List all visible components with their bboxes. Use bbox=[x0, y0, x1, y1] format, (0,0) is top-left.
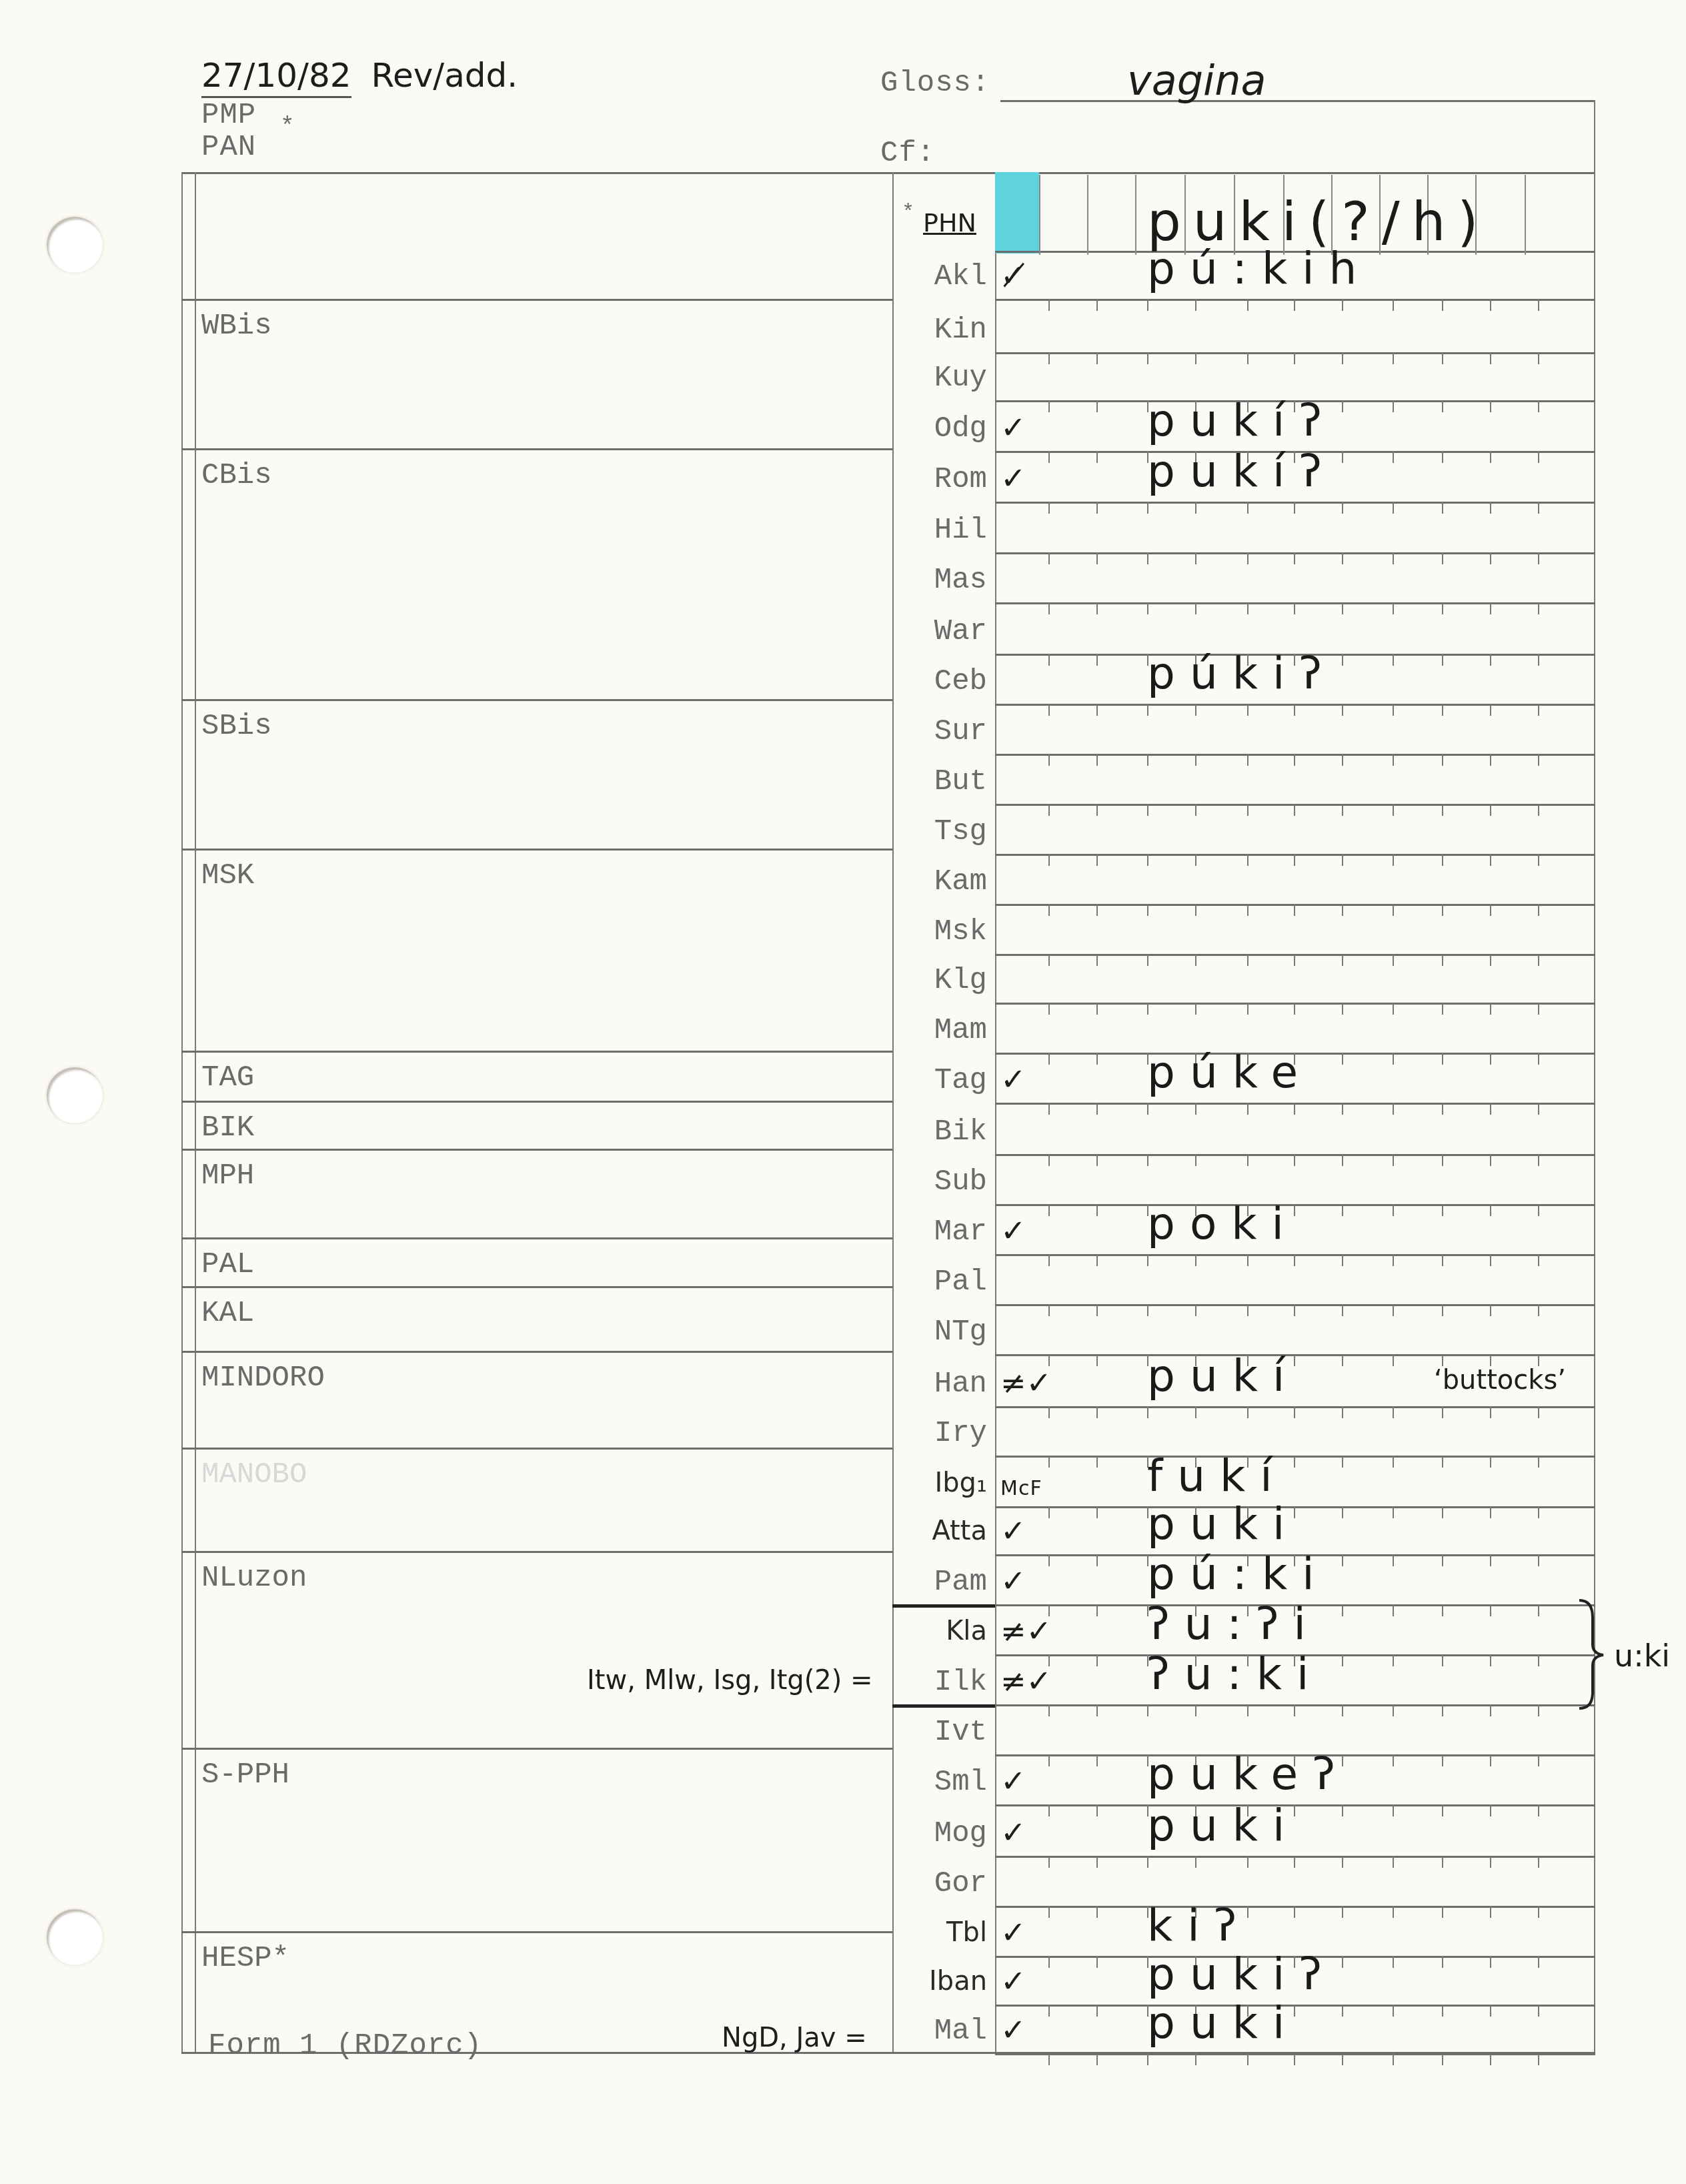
row-tick bbox=[1147, 954, 1148, 966]
row-tick bbox=[1342, 1103, 1343, 1115]
proto-asterisk: * bbox=[280, 113, 295, 141]
language-code: Bik bbox=[894, 1115, 987, 1149]
row-tick bbox=[1247, 2053, 1248, 2065]
subgroup-divider bbox=[181, 849, 892, 851]
row-tick bbox=[1442, 2053, 1443, 2065]
row-tick bbox=[1147, 904, 1148, 916]
row-tick bbox=[1490, 1456, 1491, 1468]
row-tick bbox=[1393, 2005, 1394, 2017]
row-tick bbox=[1195, 299, 1196, 311]
row-tick bbox=[1195, 904, 1196, 916]
row-tick bbox=[1195, 954, 1196, 966]
row-tick bbox=[1147, 552, 1148, 564]
row-tick bbox=[1442, 1506, 1443, 1518]
punch-hole-bottom bbox=[47, 1909, 103, 1965]
row-tick bbox=[1048, 299, 1050, 311]
row-tick bbox=[1294, 1003, 1295, 1015]
segment-cell-divider bbox=[1525, 175, 1526, 255]
status-mark: ✓ bbox=[1000, 410, 1026, 446]
row-tick bbox=[1096, 1704, 1098, 1716]
row-tick bbox=[1147, 1704, 1148, 1716]
reflex-form: pukeʔ bbox=[1147, 1748, 1350, 1800]
row-tick bbox=[1294, 2053, 1295, 2065]
subgroup-label: MINDORO bbox=[201, 1361, 325, 1395]
row-tick bbox=[1538, 1053, 1539, 1065]
row-tick bbox=[1490, 1506, 1491, 1518]
row-tick bbox=[1195, 502, 1196, 514]
proto-level-pmp: PMP bbox=[201, 99, 256, 132]
row-tick bbox=[1538, 1103, 1539, 1115]
row-tick bbox=[1538, 1304, 1539, 1316]
language-code: Tsg bbox=[894, 815, 987, 849]
language-code: Tag bbox=[894, 1064, 987, 1097]
row-tick bbox=[1393, 1406, 1394, 1418]
row-tick bbox=[1342, 502, 1343, 514]
row-tick bbox=[1096, 502, 1098, 514]
language-code: Mam bbox=[894, 1014, 987, 1047]
row-rule bbox=[995, 1254, 1595, 1256]
row-tick bbox=[1538, 1154, 1539, 1166]
language-code: Sub bbox=[894, 1165, 987, 1199]
language-code: Klg bbox=[894, 964, 987, 997]
row-tick bbox=[1247, 1704, 1248, 1716]
row-tick bbox=[1294, 754, 1295, 766]
row-tick bbox=[1294, 854, 1295, 866]
row-tick bbox=[1442, 1554, 1443, 1566]
row-tick bbox=[1294, 1304, 1295, 1316]
language-code: But bbox=[894, 765, 987, 798]
row-tick bbox=[1538, 1604, 1539, 1616]
row-tick bbox=[1442, 1956, 1443, 1968]
language-code: Akl bbox=[894, 260, 987, 294]
row-tick bbox=[1147, 602, 1148, 614]
row-tick bbox=[1342, 2005, 1343, 2017]
form-label: Form 1 (RDZorc) bbox=[208, 2029, 482, 2063]
subgroup-label: TAG bbox=[201, 1061, 254, 1095]
language-code: Ceb bbox=[894, 665, 987, 698]
row-tick bbox=[1538, 451, 1539, 463]
row-tick bbox=[1393, 954, 1394, 966]
row-tick bbox=[1490, 1254, 1491, 1266]
status-mark: ≠✓ bbox=[1000, 1663, 1052, 1699]
row-tick bbox=[1393, 854, 1394, 866]
row-tick bbox=[1393, 1154, 1394, 1166]
row-tick bbox=[1393, 1554, 1394, 1566]
subgroup-divider bbox=[181, 1448, 892, 1450]
row-tick bbox=[1048, 1204, 1050, 1216]
row-tick bbox=[1294, 602, 1295, 614]
row-tick bbox=[1393, 1906, 1394, 1918]
row-tick bbox=[1294, 1856, 1295, 1868]
row-tick bbox=[1538, 654, 1539, 666]
reflex-form: puki bbox=[1147, 1997, 1299, 2049]
status-mark: ✓ bbox=[1000, 1213, 1026, 1249]
row-tick bbox=[1342, 1053, 1343, 1065]
row-tick bbox=[1342, 754, 1343, 766]
row-tick bbox=[1393, 552, 1394, 564]
row-tick bbox=[1195, 854, 1196, 866]
row-tick bbox=[1490, 400, 1491, 412]
row-tick bbox=[1538, 1406, 1539, 1418]
table-top-border bbox=[181, 172, 1595, 174]
row-tick bbox=[1096, 804, 1098, 816]
subgroup-label: MPH bbox=[201, 1159, 254, 1193]
row-tick bbox=[1442, 1053, 1443, 1065]
row-tick bbox=[1195, 1103, 1196, 1115]
row-tick bbox=[1096, 954, 1098, 966]
row-tick bbox=[1342, 451, 1343, 463]
row-tick bbox=[1538, 1003, 1539, 1015]
row-rule bbox=[995, 1154, 1595, 1156]
row-tick bbox=[1342, 804, 1343, 816]
row-tick bbox=[1096, 1906, 1098, 1918]
row-tick bbox=[1393, 1053, 1394, 1065]
row-rule bbox=[995, 804, 1595, 806]
row-tick bbox=[1048, 2005, 1050, 2017]
language-code: Mal bbox=[894, 2015, 987, 2048]
row-tick bbox=[1048, 1154, 1050, 1166]
row-tick bbox=[1342, 654, 1343, 666]
row-tick bbox=[1048, 1456, 1050, 1468]
row-rule bbox=[995, 954, 1595, 956]
row-tick bbox=[1442, 400, 1443, 412]
row-tick bbox=[1048, 654, 1050, 666]
row-tick bbox=[1393, 1204, 1394, 1216]
language-code: Pam bbox=[894, 1566, 987, 1599]
row-tick bbox=[1096, 1003, 1098, 1015]
row-tick bbox=[1096, 1304, 1098, 1316]
row-tick bbox=[1147, 1103, 1148, 1115]
row-tick bbox=[1342, 1254, 1343, 1266]
reflex-form: ʔu:ʔi bbox=[1147, 1598, 1321, 1650]
row-tick bbox=[1294, 552, 1295, 564]
row-tick bbox=[1096, 1053, 1098, 1065]
row-tick bbox=[1294, 1103, 1295, 1115]
row-rule bbox=[995, 2053, 1595, 2055]
row-tick bbox=[1195, 1154, 1196, 1166]
row-tick bbox=[1147, 804, 1148, 816]
row-tick bbox=[1195, 1254, 1196, 1266]
status-mark: ✓ bbox=[1000, 460, 1026, 496]
language-code: Gor bbox=[894, 1867, 987, 1900]
row-tick bbox=[1048, 804, 1050, 816]
row-tick bbox=[1147, 1003, 1148, 1015]
row-tick bbox=[1096, 400, 1098, 412]
row-tick bbox=[1147, 2053, 1148, 2065]
row-tick bbox=[1195, 1406, 1196, 1418]
row-tick bbox=[1538, 754, 1539, 766]
row-tick bbox=[1294, 1704, 1295, 1716]
row-tick bbox=[1490, 451, 1491, 463]
row-tick bbox=[1342, 704, 1343, 716]
subgroup-label: KAL bbox=[201, 1297, 254, 1330]
row-tick bbox=[1538, 1906, 1539, 1918]
row-tick bbox=[1048, 400, 1050, 412]
row-tick bbox=[1247, 854, 1248, 866]
row-tick bbox=[1096, 854, 1098, 866]
row-tick bbox=[1096, 1456, 1098, 1468]
row-tick bbox=[1342, 1456, 1343, 1468]
language-code: Sml bbox=[894, 1766, 987, 1799]
row-tick bbox=[1048, 552, 1050, 564]
row-tick bbox=[1538, 1754, 1539, 1766]
row-tick bbox=[1442, 1406, 1443, 1418]
row-tick bbox=[1490, 2005, 1491, 2017]
language-code: Han bbox=[894, 1368, 987, 1401]
row-tick bbox=[1442, 654, 1443, 666]
row-tick bbox=[1096, 602, 1098, 614]
row-tick bbox=[1442, 602, 1443, 614]
subgroup-label: NLuzon bbox=[201, 1562, 307, 1595]
subgroup-divider bbox=[181, 1551, 892, 1553]
row-tick bbox=[1147, 754, 1148, 766]
language-code: Iry bbox=[894, 1417, 987, 1450]
row-tick bbox=[1342, 1003, 1343, 1015]
row-tick bbox=[1247, 804, 1248, 816]
row-tick bbox=[1096, 2053, 1098, 2065]
row-tick bbox=[1048, 1406, 1050, 1418]
language-code: Kam bbox=[894, 865, 987, 899]
row-tick bbox=[1247, 1406, 1248, 1418]
subgroup-divider bbox=[181, 299, 892, 301]
row-tick bbox=[1048, 451, 1050, 463]
row-tick bbox=[1096, 451, 1098, 463]
row-tick bbox=[1342, 1204, 1343, 1216]
row-tick bbox=[1538, 602, 1539, 614]
subgroup-label: BIK bbox=[201, 1111, 254, 1145]
row-tick bbox=[1442, 299, 1443, 311]
row-tick bbox=[1442, 854, 1443, 866]
row-rule bbox=[995, 904, 1595, 906]
row-tick bbox=[1147, 352, 1148, 364]
proto-level-pan: PAN bbox=[201, 131, 256, 164]
row-rule bbox=[995, 1003, 1595, 1005]
row-tick bbox=[1442, 1154, 1443, 1166]
row-tick bbox=[1294, 352, 1295, 364]
subgroup-divider bbox=[181, 1931, 892, 1933]
row-tick bbox=[1393, 1354, 1394, 1366]
row-tick bbox=[1490, 1906, 1491, 1918]
row-tick bbox=[1294, 1254, 1295, 1266]
language-code: Msk bbox=[894, 915, 987, 949]
language-code: Hil bbox=[894, 514, 987, 547]
row-tick bbox=[1490, 1554, 1491, 1566]
row-tick bbox=[1342, 299, 1343, 311]
reflex-form: ʔu:ki bbox=[1147, 1648, 1323, 1700]
reflex-form: poki bbox=[1147, 1198, 1299, 1249]
language-code: Ibg₁ bbox=[894, 1468, 987, 1498]
row-tick bbox=[1393, 1456, 1394, 1468]
row-tick bbox=[1490, 299, 1491, 311]
punch-hole-top bbox=[47, 217, 103, 273]
row-tick bbox=[1247, 1103, 1248, 1115]
row-rule bbox=[995, 352, 1595, 354]
row-tick bbox=[1342, 1804, 1343, 1816]
status-mark: ✓ bbox=[1000, 1563, 1026, 1599]
row-tick bbox=[1342, 854, 1343, 866]
row-tick bbox=[1442, 1456, 1443, 1468]
subgroup-divider bbox=[181, 1237, 892, 1239]
subgroup-divider bbox=[181, 1051, 892, 1053]
row-tick bbox=[1538, 552, 1539, 564]
row-tick bbox=[1342, 602, 1343, 614]
segment-cell-divider bbox=[1039, 175, 1040, 255]
row-tick bbox=[1393, 1103, 1394, 1115]
row-tick bbox=[1195, 1856, 1196, 1868]
row-tick bbox=[1342, 1154, 1343, 1166]
language-code: Ilk bbox=[894, 1666, 987, 1699]
row-tick bbox=[1342, 1704, 1343, 1716]
row-tick bbox=[1393, 1856, 1394, 1868]
mal-equivalents-note: NgD, Jav = bbox=[722, 2023, 867, 2053]
row-tick bbox=[1393, 352, 1394, 364]
row-tick bbox=[1195, 1304, 1196, 1316]
row-tick bbox=[1048, 854, 1050, 866]
language-code: Mas bbox=[894, 564, 987, 597]
row-tick bbox=[1247, 352, 1248, 364]
row-tick bbox=[1247, 1254, 1248, 1266]
row-tick bbox=[1393, 754, 1394, 766]
row-tick bbox=[1048, 954, 1050, 966]
row-tick bbox=[1342, 2053, 1343, 2065]
row-tick bbox=[1490, 552, 1491, 564]
cf-label: Cf: bbox=[880, 137, 935, 170]
row-tick bbox=[1490, 1053, 1491, 1065]
row-tick bbox=[1490, 1604, 1491, 1616]
row-tick bbox=[1096, 904, 1098, 916]
row-tick bbox=[1442, 2005, 1443, 2017]
row-tick bbox=[1538, 1506, 1539, 1518]
row-tick bbox=[1538, 704, 1539, 716]
row-tick bbox=[1442, 954, 1443, 966]
subgroup-divider bbox=[181, 1351, 892, 1353]
row-tick bbox=[1442, 1003, 1443, 1015]
reflex-form: pú:kih bbox=[1147, 243, 1371, 294]
row-tick bbox=[1294, 1154, 1295, 1166]
row-tick bbox=[1393, 451, 1394, 463]
row-tick bbox=[1195, 602, 1196, 614]
row-tick bbox=[1490, 754, 1491, 766]
gloss-label: Gloss: bbox=[880, 67, 990, 100]
row-tick bbox=[1490, 804, 1491, 816]
row-tick bbox=[1393, 1654, 1394, 1666]
row-tick bbox=[1247, 954, 1248, 966]
row-tick bbox=[1048, 1254, 1050, 1266]
language-code: Tbl bbox=[894, 1917, 987, 1948]
row-tick bbox=[1490, 904, 1491, 916]
row-rule bbox=[995, 602, 1595, 604]
gloss-underline bbox=[1000, 100, 1595, 102]
row-tick bbox=[1538, 2053, 1539, 2065]
row-tick bbox=[1147, 1154, 1148, 1166]
row-tick bbox=[1048, 1704, 1050, 1716]
row-tick bbox=[1490, 1654, 1491, 1666]
row-tick bbox=[1490, 502, 1491, 514]
row-tick bbox=[1096, 704, 1098, 716]
row-tick bbox=[1247, 704, 1248, 716]
row-tick bbox=[1195, 1704, 1196, 1716]
row-tick bbox=[1294, 904, 1295, 916]
row-tick bbox=[1490, 1856, 1491, 1868]
row-tick bbox=[1247, 754, 1248, 766]
row-tick bbox=[1048, 754, 1050, 766]
row-tick bbox=[1538, 502, 1539, 514]
row-tick bbox=[1393, 1754, 1394, 1766]
row-tick bbox=[1442, 704, 1443, 716]
ilk-equivalents-note: Itw, Mlw, Isg, Itg(2) = bbox=[587, 1665, 873, 1696]
row-tick bbox=[1442, 1906, 1443, 1918]
row-tick bbox=[1442, 804, 1443, 816]
row-tick bbox=[1490, 1804, 1491, 1816]
subgroup-divider bbox=[181, 1149, 892, 1151]
reflex-form: púkiʔ bbox=[1147, 648, 1337, 699]
row-tick bbox=[1247, 502, 1248, 514]
row-tick bbox=[1048, 1956, 1050, 1968]
row-tick bbox=[1247, 602, 1248, 614]
row-tick bbox=[1195, 704, 1196, 716]
row-tick bbox=[1442, 1204, 1443, 1216]
row-tick bbox=[1048, 1304, 1050, 1316]
row-tick bbox=[1538, 1456, 1539, 1468]
row-rule bbox=[995, 704, 1595, 706]
language-code: Ivt bbox=[894, 1716, 987, 1749]
row-tick bbox=[1442, 1654, 1443, 1666]
row-tick bbox=[1342, 1354, 1343, 1366]
row-tick bbox=[1442, 451, 1443, 463]
language-code: War bbox=[894, 615, 987, 648]
row-tick bbox=[1342, 904, 1343, 916]
subgroup-label: PAL bbox=[201, 1248, 254, 1281]
segment-cell-divider bbox=[1135, 175, 1136, 255]
row-rule bbox=[995, 1856, 1595, 1858]
subgroup-label: S-PPH bbox=[201, 1758, 289, 1792]
row-tick bbox=[1147, 1304, 1148, 1316]
bracket-note: u:ki bbox=[1614, 1638, 1670, 1674]
row-tick bbox=[1048, 904, 1050, 916]
row-tick bbox=[1342, 552, 1343, 564]
row-tick bbox=[1538, 1804, 1539, 1816]
row-tick bbox=[1342, 1956, 1343, 1968]
row-tick bbox=[1490, 1704, 1491, 1716]
language-code: Kuy bbox=[894, 362, 987, 395]
row-tick bbox=[1247, 1003, 1248, 1015]
row-rule bbox=[995, 1704, 1595, 1706]
row-tick bbox=[1393, 2053, 1394, 2065]
row-tick bbox=[1048, 2053, 1050, 2065]
row-tick bbox=[1096, 1354, 1098, 1366]
row-rule bbox=[995, 1906, 1595, 1908]
language-code: Kla bbox=[894, 1616, 987, 1646]
status-mark: ✓ bbox=[1000, 1061, 1026, 1097]
row-tick bbox=[1096, 1154, 1098, 1166]
status-mark: McF bbox=[1000, 1477, 1042, 1500]
highlight-marker bbox=[995, 172, 1039, 253]
row-tick bbox=[1048, 602, 1050, 614]
row-tick bbox=[1096, 1406, 1098, 1418]
row-tick bbox=[1096, 352, 1098, 364]
row-tick bbox=[1096, 1103, 1098, 1115]
row-tick bbox=[1490, 654, 1491, 666]
row-tick bbox=[1538, 904, 1539, 916]
row-tick bbox=[1294, 804, 1295, 816]
language-code: Iban bbox=[894, 1966, 987, 1997]
row-tick bbox=[1393, 1956, 1394, 1968]
row-tick bbox=[1096, 1506, 1098, 1518]
row-tick bbox=[1538, 2005, 1539, 2017]
row-tick bbox=[1048, 1103, 1050, 1115]
row-tick bbox=[1393, 1506, 1394, 1518]
row-tick bbox=[1048, 704, 1050, 716]
